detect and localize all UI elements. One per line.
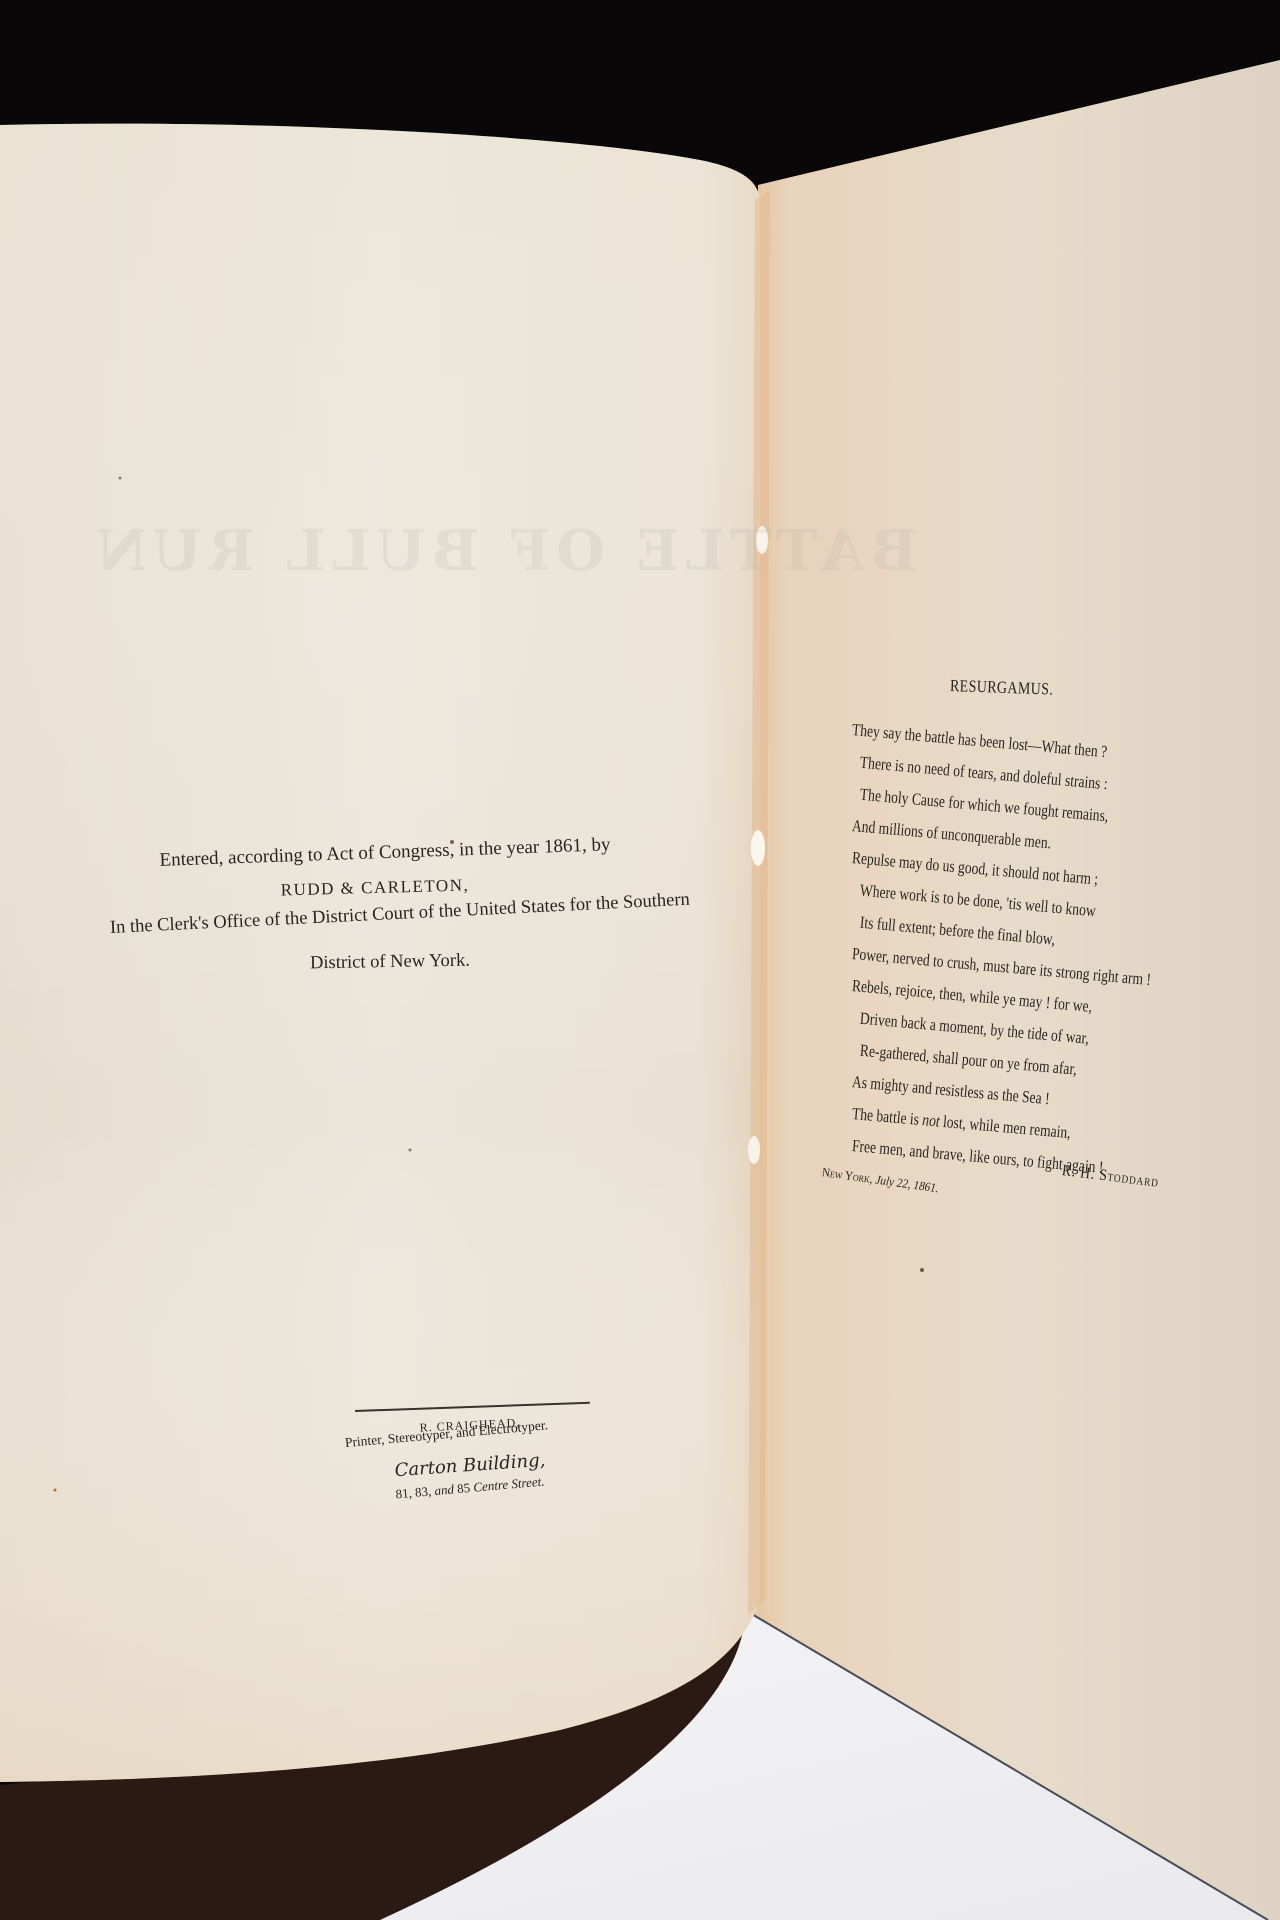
showthrough-title: BATTLE OF BULL RUN — [90, 518, 918, 584]
poem-line-emphasis: not — [922, 1110, 941, 1130]
poem-title: RESURGAMUS. — [950, 676, 1054, 700]
address-and: and — [434, 1481, 455, 1498]
address-numbers: 81, 83, — [395, 1483, 432, 1501]
address-number-85: 85 — [456, 1480, 470, 1496]
book-photo: BATTLE OF BULL RUN Entered, according to… — [0, 0, 1280, 1920]
